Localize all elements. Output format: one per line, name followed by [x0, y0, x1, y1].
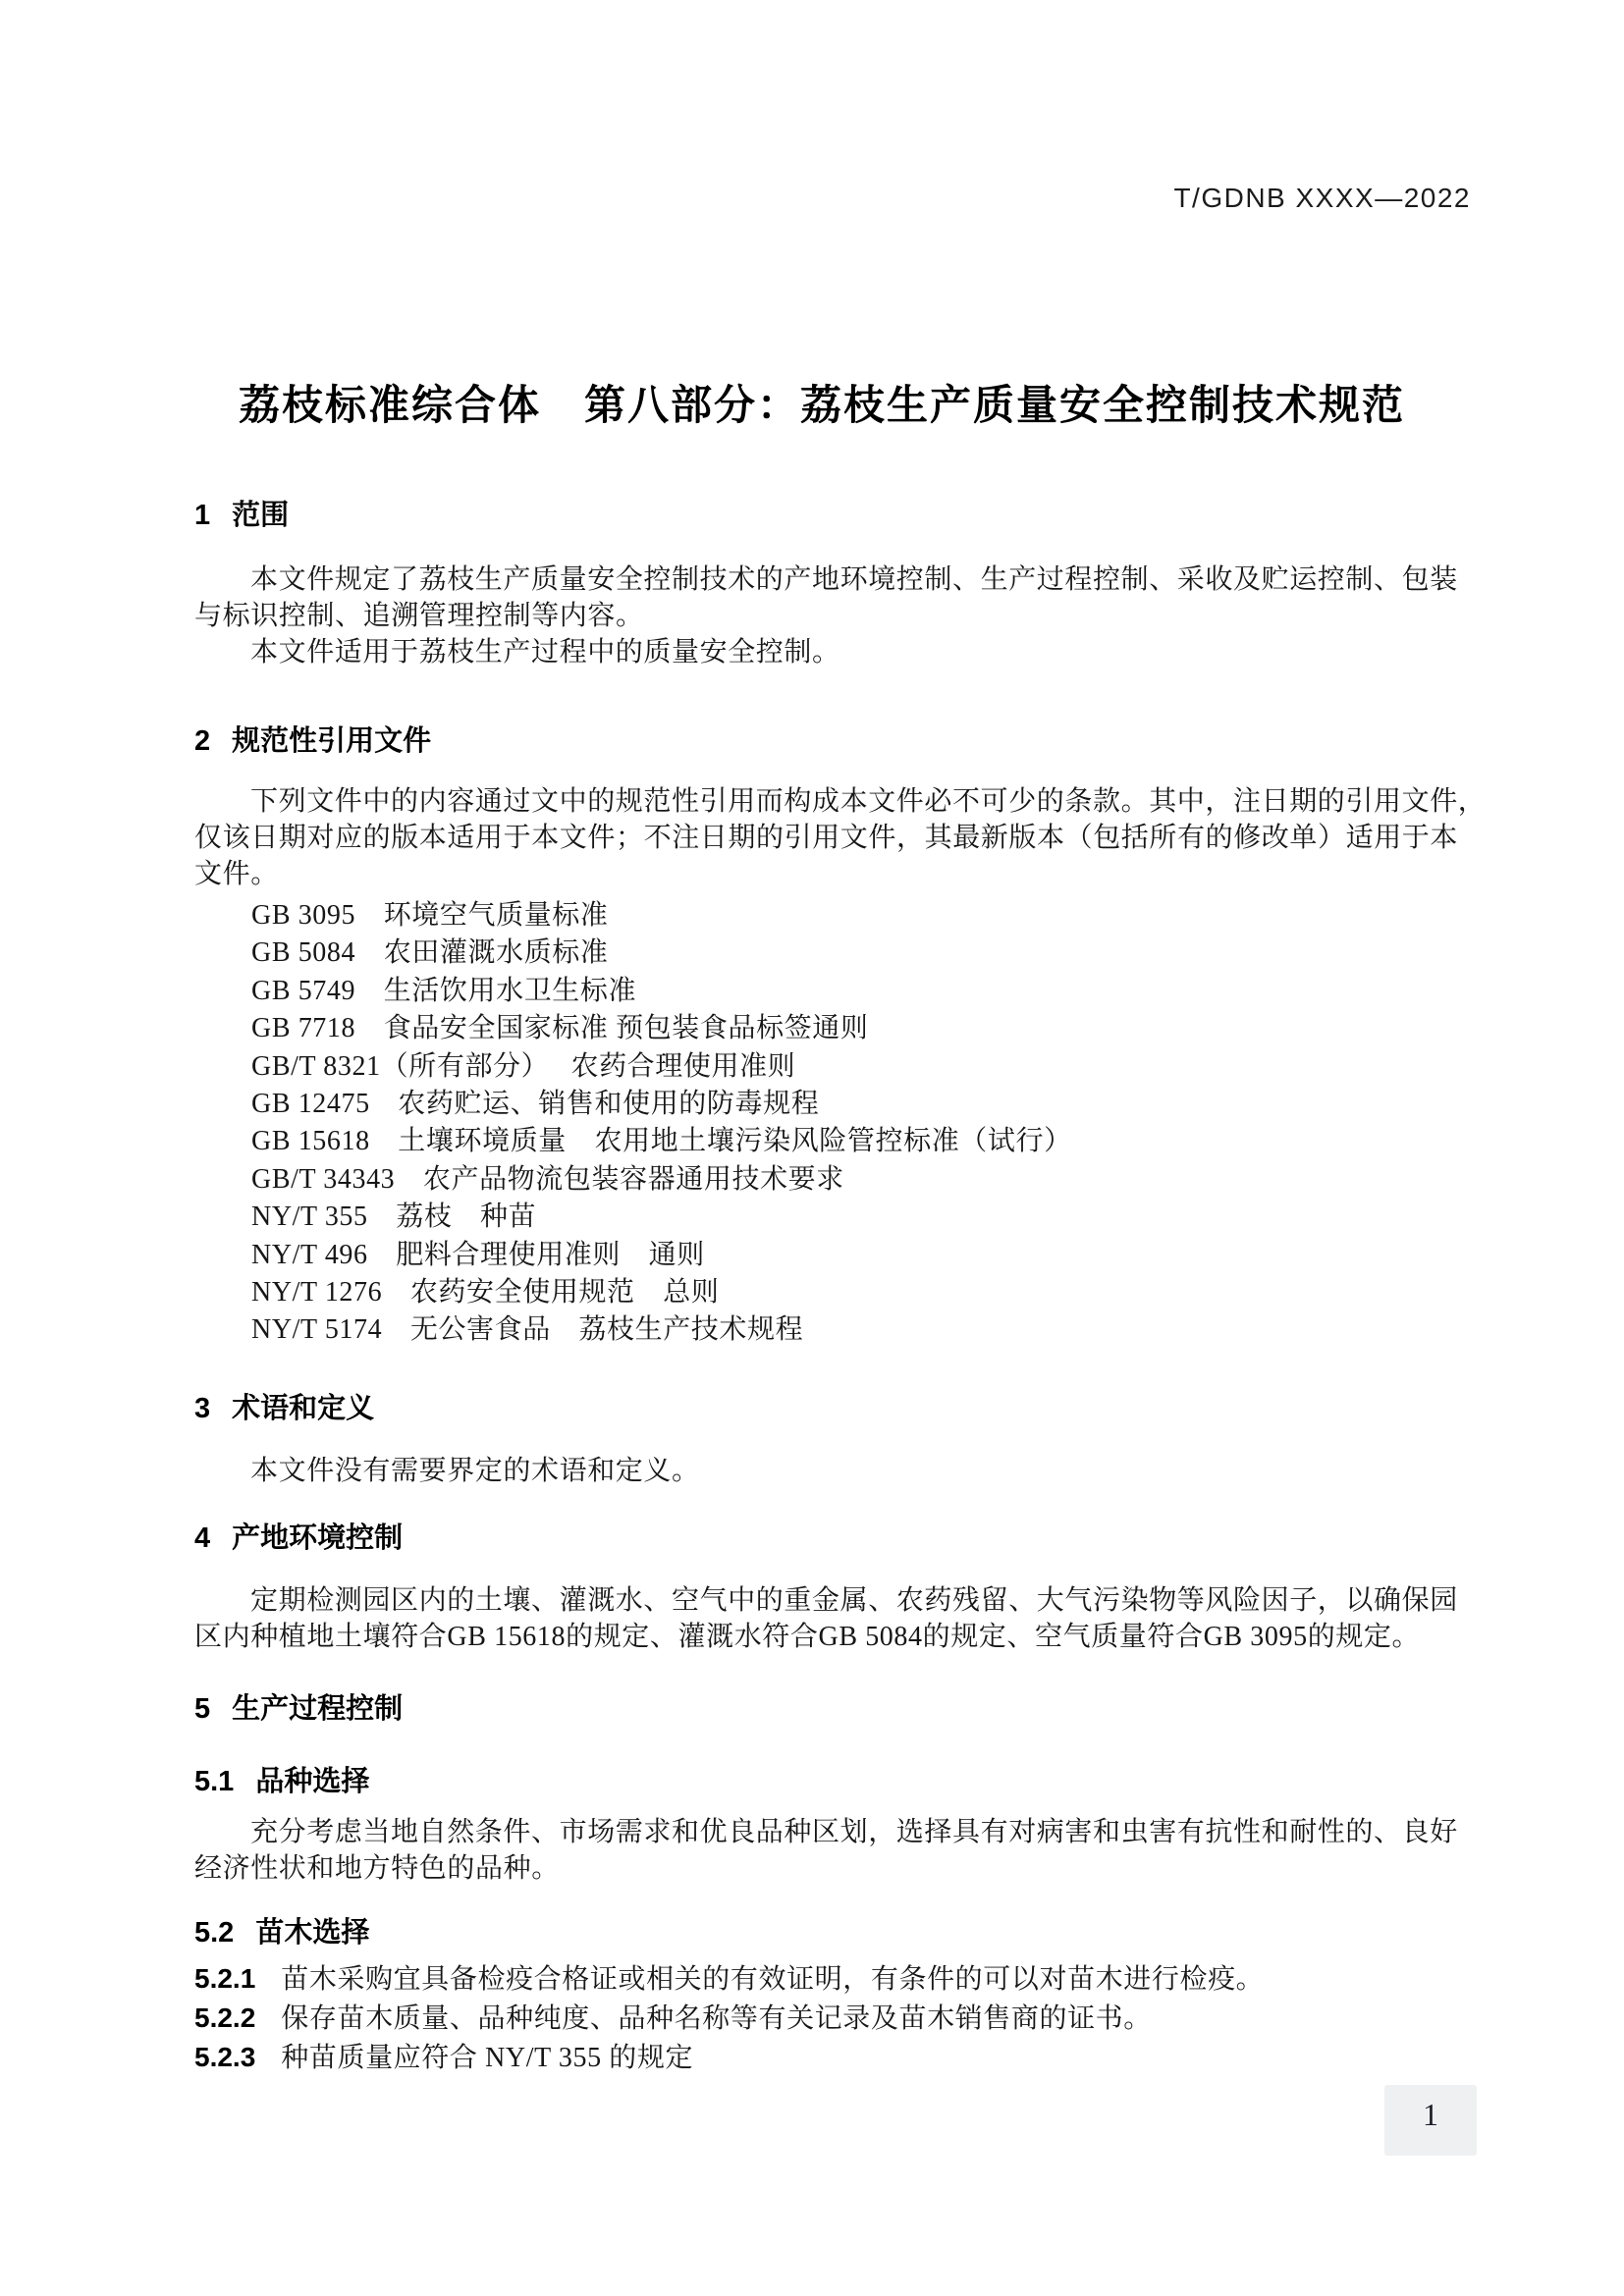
section-1-number: 1	[194, 500, 210, 532]
section-2-paragraph-1: 下列文件中的内容通过文中的规范性引用而构成本文件必不可少的条款。其中，注日期的引…	[194, 783, 1492, 892]
section-3-title: 术语和定义	[232, 1386, 374, 1426]
reference-item: GB 5749 生活饮用水卫生标准	[251, 973, 1072, 1010]
section-4-number: 4	[194, 1522, 210, 1555]
section-1-paragraph-1: 本文件规定了荔枝生产质量安全控制技术的产地环境控制、生产过程控制、采收及贮运控制…	[194, 561, 1492, 634]
normative-references-list: GB 3095 环境空气质量标准 GB 5084 农田灌溉水质标准 GB 574…	[251, 897, 1072, 1350]
document-page: T/GDNB XXXX—2022 荔枝标准综合体 第八部分：荔枝生产质量安全控制…	[0, 0, 1624, 2296]
clause-5-2-3-number: 5.2.3	[194, 2042, 255, 2073]
section-2-heading: 2 规范性引用文件	[194, 719, 431, 759]
clause-5-2-2-number: 5.2.2	[194, 2002, 255, 2034]
clause-5-2-3: 5.2.3 种苗质量应符合 NY/T 355 的规定	[194, 2036, 693, 2075]
section-1-paragraph-2: 本文件适用于荔枝生产过程中的质量安全控制。	[194, 634, 1492, 670]
section-1-title: 范围	[232, 493, 289, 533]
section-5-2-heading: 5.2 苗木选择	[194, 1910, 369, 1950]
reference-item: NY/T 355 荔枝 种苗	[251, 1199, 1072, 1236]
clause-5-2-2-text: 保存苗木质量、品种纯度、品种名称等有关记录及苗木销售商的证书。	[281, 1997, 1152, 2036]
section-5-1-title: 品种选择	[255, 1759, 369, 1799]
clause-5-2-3-text: 种苗质量应符合 NY/T 355 的规定	[281, 2036, 693, 2075]
section-5-2-title: 苗木选择	[255, 1910, 369, 1950]
section-2-title: 规范性引用文件	[232, 719, 431, 759]
reference-item: NY/T 1276 农药安全使用规范 总则	[251, 1274, 1072, 1311]
section-5-1-number: 5.1	[194, 1766, 234, 1798]
reference-item: GB/T 34343 农产品物流包装容器通用技术要求	[251, 1161, 1072, 1199]
section-2-number: 2	[194, 725, 210, 758]
clause-5-2-2: 5.2.2 保存苗木质量、品种纯度、品种名称等有关记录及苗木销售商的证书。	[194, 1997, 1152, 2036]
clause-5-2-1-text: 苗木采购宜具备检疫合格证或相关的有效证明，有条件的可以对苗木进行检疫。	[281, 1957, 1264, 1997]
section-5-1-heading: 5.1 品种选择	[194, 1759, 369, 1799]
document-number: T/GDNB XXXX—2022	[1173, 183, 1471, 214]
clause-5-2-1: 5.2.1 苗木采购宜具备检疫合格证或相关的有效证明，有条件的可以对苗木进行检疫…	[194, 1957, 1264, 1997]
reference-item: NY/T 496 肥料合理使用准则 通则	[251, 1237, 1072, 1274]
section-3-paragraph-1: 本文件没有需要界定的术语和定义。	[194, 1453, 1492, 1489]
reference-item: GB 12475 农药贮运、销售和使用的防毒规程	[251, 1086, 1072, 1123]
section-5-title: 生产过程控制	[232, 1686, 403, 1727]
reference-item: GB 3095 环境空气质量标准	[251, 897, 1072, 934]
page-number: 1	[1384, 2097, 1477, 2133]
section-3-heading: 3 术语和定义	[194, 1386, 374, 1426]
reference-item: GB 7718 食品安全国家标准 预包装食品标签通则	[251, 1010, 1072, 1047]
section-3-number: 3	[194, 1393, 210, 1425]
section-1-heading: 1 范围	[194, 493, 289, 533]
section-5-number: 5	[194, 1693, 210, 1726]
section-5-heading: 5 生产过程控制	[194, 1686, 403, 1727]
section-5-2-number: 5.2	[194, 1917, 234, 1949]
section-4-paragraph-1: 定期检测园区内的土壤、灌溉水、空气中的重金属、农药残留、大气污染物等风险因子，以…	[194, 1582, 1492, 1655]
section-5-1-paragraph-1: 充分考虑当地自然条件、市场需求和优良品种区划，选择具有对病害和虫害有抗性和耐性的…	[194, 1814, 1492, 1887]
section-4-title: 产地环境控制	[232, 1516, 403, 1556]
clause-5-2-1-number: 5.2.1	[194, 1963, 255, 1995]
document-title: 荔枝标准综合体 第八部分：荔枝生产质量安全控制技术规范	[137, 373, 1506, 432]
section-4-heading: 4 产地环境控制	[194, 1516, 403, 1556]
reference-item: GB 5084 农田灌溉水质标准	[251, 934, 1072, 972]
reference-item: GB/T 8321（所有部分） 农药合理使用准则	[251, 1048, 1072, 1086]
reference-item: NY/T 5174 无公害食品 荔枝生产技术规程	[251, 1311, 1072, 1349]
reference-item: GB 15618 土壤环境质量 农用地土壤污染风险管控标准（试行）	[251, 1123, 1072, 1160]
